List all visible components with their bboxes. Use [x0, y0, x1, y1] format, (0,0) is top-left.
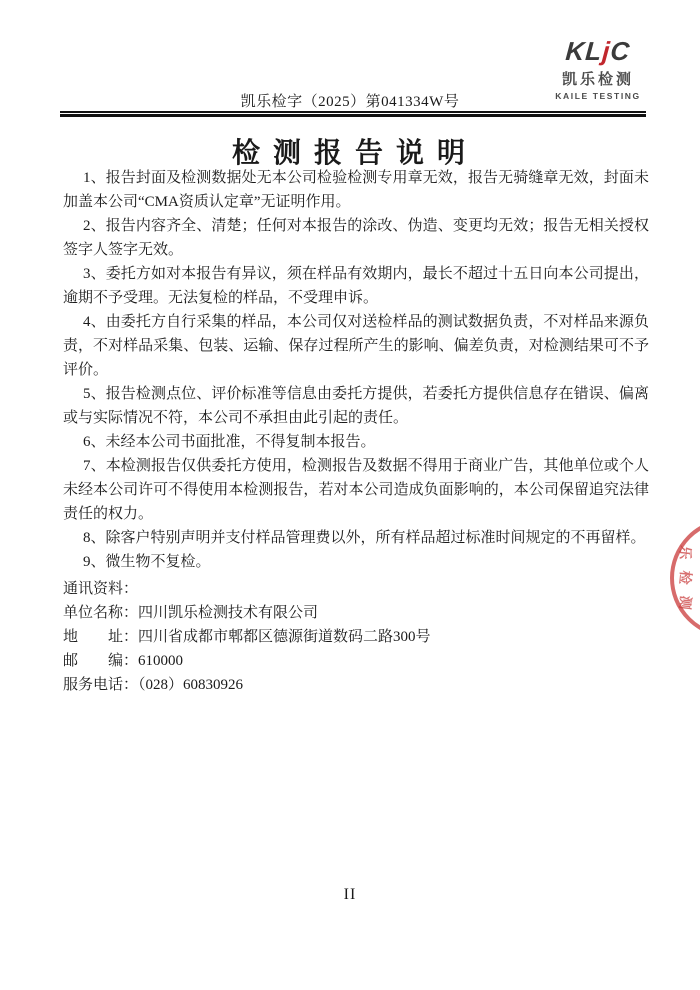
note-item-2: 2、报告内容齐全、清楚；任何对本报告的涂改、伪造、变更均无效；报告无相关授权签字…	[63, 214, 649, 262]
logo-letter-c: C	[610, 36, 632, 66]
logo-kljc-icon: KLjC	[551, 38, 645, 64]
document-page: KLjC 凯乐检测 KAILE TESTING 凯乐检字（2025）第04133…	[0, 0, 700, 990]
logo-letters-kl: KL	[565, 36, 604, 66]
note-item-8: 8、除客户特别声明并支付样品管理费以外，所有样品超过标准时间规定的不再留样。	[63, 526, 649, 550]
header-rule-bottom-line	[60, 114, 646, 117]
contact-info: 通讯资料： 单位名称：四川凯乐检测技术有限公司 地 址：四川省成都市郫都区德源街…	[63, 577, 649, 697]
note-item-6: 6、未经本公司书面批准，不得复制本报告。	[63, 430, 649, 454]
note-item-5: 5、报告检测点位、评价标准等信息由委托方提供，若委托方提供信息存在错误、偏离或与…	[63, 382, 649, 430]
note-item-1: 1、报告封面及检测数据处无本公司检验检测专用章无效，报告无骑缝章无效，封面未加盖…	[63, 166, 649, 214]
red-seal-stamp-text: 乐 检 测	[672, 540, 696, 615]
note-item-4: 4、由委托方自行采集的样品，本公司仅对送检样品的测试数据负责，不对样品来源负责，…	[63, 310, 649, 382]
note-item-9: 9、微生物不复检。	[63, 550, 649, 574]
contact-company: 单位名称：四川凯乐检测技术有限公司	[63, 601, 649, 625]
logo-chinese-name: 凯乐检测	[552, 68, 644, 89]
document-number: 凯乐检字（2025）第041334W号	[0, 90, 700, 111]
contact-heading: 通讯资料：	[63, 577, 649, 601]
page-number: II	[0, 886, 700, 904]
contact-phone: 服务电话：（028）60830926	[63, 673, 649, 697]
note-item-7: 7、本检测报告仅供委托方使用，检测报告及数据不得用于商业广告，其他单位或个人未经…	[63, 454, 649, 526]
report-notes: 1、报告封面及检测数据处无本公司检验检测专用章无效，报告无骑缝章无效，封面未加盖…	[63, 166, 649, 697]
contact-address: 地 址：四川省成都市郫都区德源街道数码二路300号	[63, 625, 649, 649]
header-rule	[60, 111, 646, 117]
note-item-3: 3、委托方如对本报告有异议，须在样品有效期内，最长不超过十五日向本公司提出，逾期…	[63, 262, 649, 310]
page-title: 检 测 报 告 说 明	[0, 131, 700, 171]
contact-postcode: 邮 编：610000	[63, 649, 649, 673]
